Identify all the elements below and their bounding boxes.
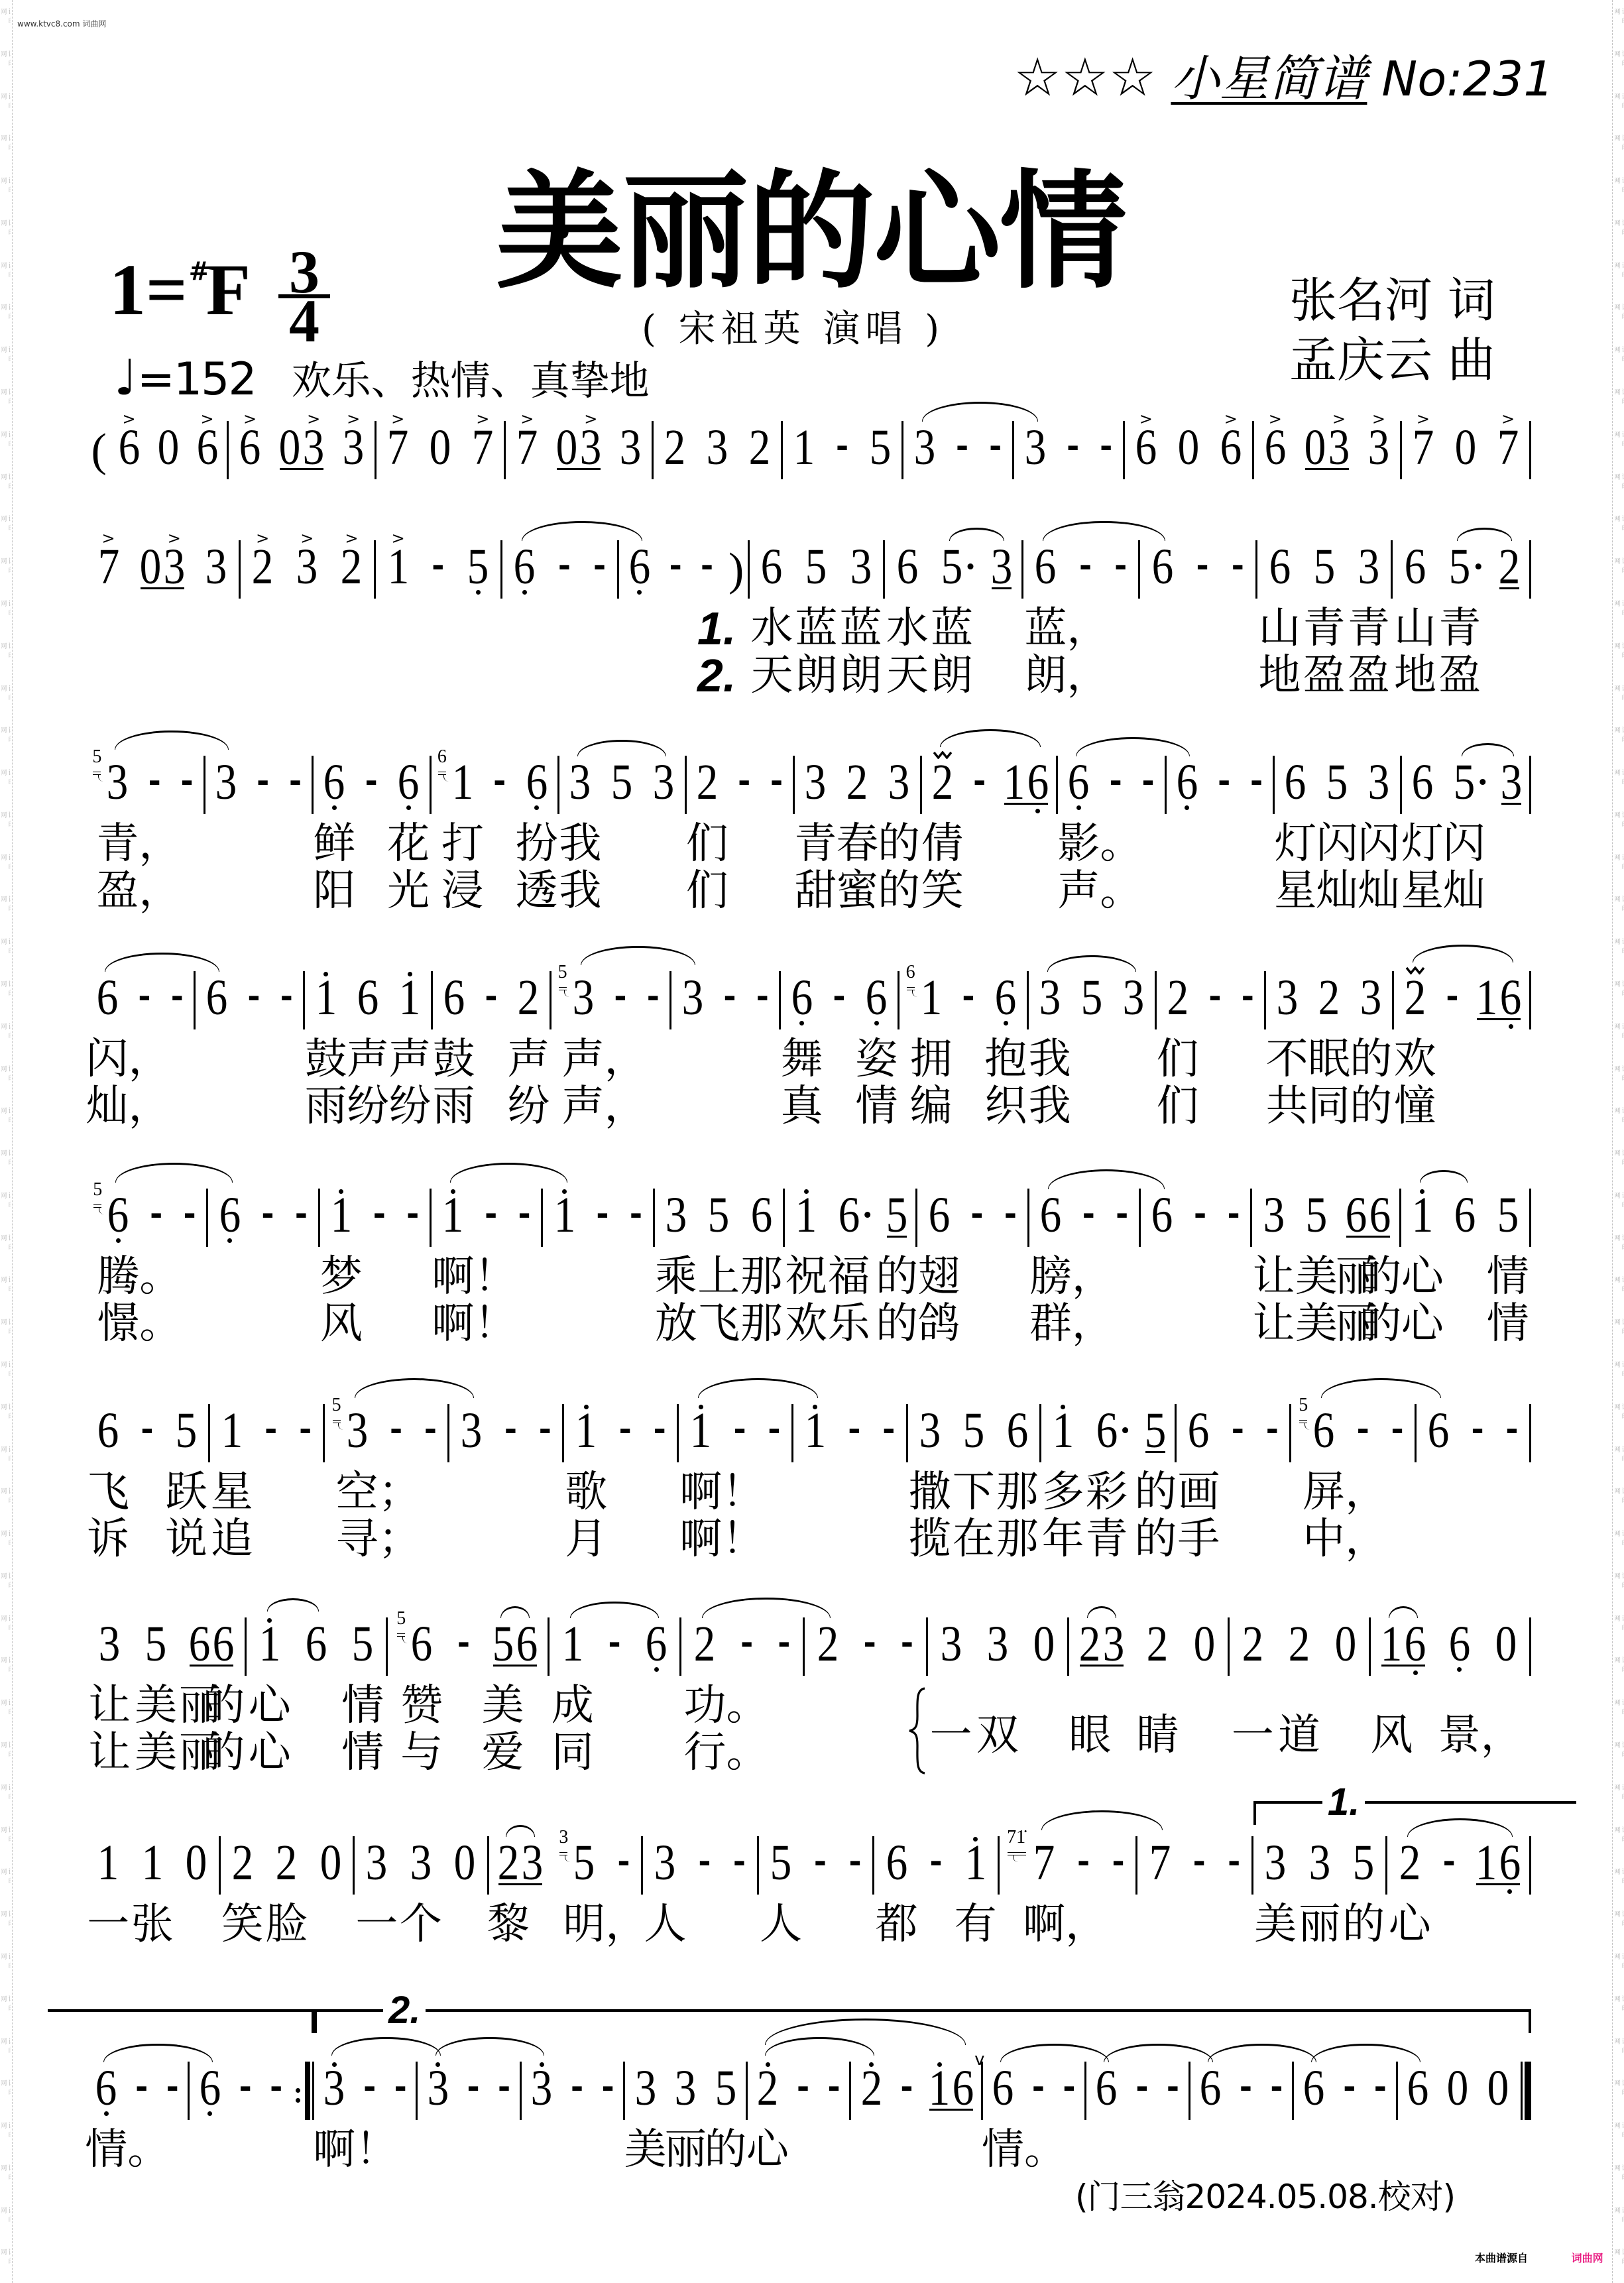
note: 3美: [1261, 1836, 1290, 1895]
note-digit: 6: [1285, 757, 1306, 814]
measure: 1风66景，0: [1371, 1617, 1531, 1676]
note-head: 6姿情: [862, 971, 891, 1029]
dash-sustain: -: [833, 421, 852, 479]
dash-sustain: -: [767, 756, 787, 814]
slur-arc: [940, 729, 1041, 747]
note-head: 5: [463, 540, 493, 599]
note-head: 3啊！: [319, 2062, 349, 2120]
note: 1: [1474, 1836, 1498, 1895]
measure-notes: 3让让5美美6丽丽6的的: [86, 1617, 245, 1676]
dash-sustain: -: [1370, 2062, 1390, 2120]
lyric-syllable: 双: [976, 1714, 1019, 1757]
dash-sustain: -: [261, 1404, 281, 1462]
dash-symbol: -: [1218, 761, 1230, 798]
accent-mark: >: [345, 530, 358, 546]
measure-notes: 61.2.水天5蓝朗3蓝朗: [750, 540, 884, 599]
accent-mark: >: [102, 530, 115, 546]
side-watermark-text: 词曲网: [1615, 2079, 1624, 2105]
lyric-syllable: 欢: [1394, 1038, 1436, 1081]
grace-note-digits: 6: [906, 963, 915, 982]
dash-sustain: -: [650, 1404, 669, 1462]
note-digit: 2: [817, 1619, 839, 1676]
note-head: 3空；寻；: [343, 1404, 372, 1462]
grace-note: 6: [437, 756, 448, 814]
dash-symbol: -: [701, 546, 713, 583]
note: 3>: [579, 421, 603, 479]
brace-icon: [906, 1687, 927, 1775]
dash-symbol: -: [1443, 1842, 1456, 1879]
slur-arc: [1047, 955, 1137, 972]
dash-symbol: -: [1142, 761, 1155, 798]
note-digit: 3: [531, 2063, 553, 2120]
accent-mark: >: [256, 530, 269, 546]
low-octave-dot: [654, 1667, 659, 1672]
note-digit: 2: [1399, 1838, 1421, 1895]
lyric-syllable: 翅: [918, 1256, 960, 1298]
lyric-syllable: 地: [1394, 654, 1436, 697]
note-digit: 6: [1151, 1190, 1173, 1247]
note-head: 6赞与: [407, 1617, 436, 1676]
note-digit: 6: [97, 1405, 119, 1462]
dash-symbol: -: [699, 1842, 711, 1879]
note: 5情情: [1493, 1189, 1523, 1247]
note: 2心: [753, 2062, 782, 2120]
measure-notes: 7>03>3: [506, 421, 652, 479]
note-head: 7>: [383, 421, 412, 479]
note-head: 0: [1029, 1617, 1059, 1676]
performer-credit: ( 宋祖英 演唱 ): [642, 306, 945, 353]
measure-notes: 2-16v: [851, 2062, 980, 2120]
measure-notes: 2功。行。--: [681, 1617, 803, 1676]
note: 6景，: [1445, 1617, 1474, 1676]
rest: 0: [154, 421, 183, 479]
high-octave-dot: [804, 1189, 809, 1194]
note-head: 7>: [1409, 421, 1438, 479]
high-octave-dot: [766, 2062, 770, 2067]
dash-symbol: -: [882, 1409, 895, 1446]
side-watermark-text: 词曲网: [1, 1826, 11, 1851]
measure: 6灯星5闪灿·3: [1402, 756, 1532, 814]
dash-symbol: -: [139, 976, 151, 1014]
lyric-syllable: 揽: [909, 1518, 951, 1560]
measure-notes: 1啊！啊！--: [432, 1189, 541, 1247]
dash-sustain: -: [734, 756, 754, 814]
measure-notes: 3--: [418, 2062, 519, 2120]
lyric-syllable: 们: [1157, 1038, 1199, 1081]
lyric-syllable: 飞: [697, 1303, 740, 1345]
dash-symbol: -: [365, 761, 378, 798]
dash-symbol: -: [733, 1842, 746, 1879]
note-digit: 3: [215, 757, 237, 814]
lyric-syllable: 朗，: [1024, 654, 1109, 697]
note-digit: 1: [553, 1190, 575, 1247]
dash-sustain: -: [845, 1836, 865, 1895]
note-head: 3: [678, 971, 707, 1029]
note-head: 6: [1403, 1617, 1427, 1676]
dash-sustain: -: [926, 1836, 946, 1895]
low-octave-dot: [476, 590, 481, 595]
dash-symbol: -: [1032, 2067, 1045, 2104]
side-watermark-text: 词曲网: [1615, 1995, 1624, 2020]
lyric-syllable: 青: [1303, 607, 1346, 650]
rest: 0: [555, 421, 579, 479]
high-octave-dot: [937, 2062, 942, 2067]
measure-notes: 1-5: [783, 421, 901, 479]
lyric-syllable: 的: [202, 1684, 245, 1727]
note-digit: 5: [1497, 1190, 1519, 1247]
note-digit: 2: [1167, 972, 1189, 1029]
underlined-note-group: 5美爱6: [491, 1617, 539, 1676]
side-watermark-text: 词曲网: [1615, 642, 1624, 668]
note-digit: 6: [1152, 542, 1174, 599]
note: 3: [1021, 421, 1050, 479]
note-digit: 6: [1428, 1405, 1450, 1462]
dash-symbol: -: [630, 1194, 642, 1231]
note: 1梦风: [327, 1189, 356, 1247]
dash-sustain: -: [1267, 2062, 1287, 2120]
note: 1星追: [217, 1404, 247, 1462]
measure-notes: 6--: [1294, 2062, 1395, 2120]
rest: 0: [1331, 1617, 1360, 1676]
lyric-syllable: 星: [1401, 870, 1444, 912]
measure: 2-16v: [851, 2062, 982, 2120]
rest: 0: [316, 1836, 345, 1895]
note-head: 6: [1450, 1189, 1479, 1247]
lyric-syllable: 朗: [931, 654, 973, 697]
note: 6: [1148, 540, 1177, 599]
lyric-syllable: 那: [740, 1256, 783, 1298]
measure-notes: 2欢憧-16: [1394, 971, 1529, 1029]
note-head: 0: [1443, 2062, 1472, 2120]
note: 61打浸: [437, 756, 477, 814]
lyric-syllable: 同: [551, 1731, 594, 1774]
side-watermark-text: 词曲网: [1615, 50, 1624, 76]
lyric-syllable: 编: [910, 1085, 953, 1128]
measure: 61.2.水天5蓝朗3蓝朗: [750, 540, 886, 599]
note-digit: 6: [189, 1619, 211, 1676]
note: 3: [202, 540, 231, 599]
dash-sustain: -: [1247, 756, 1267, 814]
note-digit: 3: [940, 1619, 962, 1676]
lyric-syllable: 的: [705, 2129, 747, 2171]
measure-notes: 3人--: [643, 1836, 757, 1895]
measure: 232: [654, 421, 783, 479]
lyric-syllable: 张: [131, 1903, 174, 1946]
note: 2欢憧: [1401, 971, 1430, 1029]
measure: 6--: [1086, 2062, 1190, 2120]
underlined-note-group: 16: [1475, 971, 1523, 1029]
note-head: 1: [1002, 756, 1026, 814]
note-digit: 3: [427, 2063, 449, 2120]
grace-note-digits: 5: [93, 1181, 102, 1199]
note-digit: 6: [205, 972, 227, 1029]
note-head: 5的: [711, 2062, 740, 2120]
dash-sustain: -: [390, 2062, 410, 2120]
note: 7>: [1409, 421, 1438, 479]
note-head: 6: [625, 540, 654, 599]
expression-marking: 欢乐、热情、真挚地: [292, 355, 650, 408]
note-digit: 5: [1449, 542, 1471, 599]
lyric-syllable: 星: [211, 1471, 253, 1513]
note-digit: 5: [352, 1619, 374, 1676]
measure: 2心--: [748, 2062, 851, 2120]
dash-sustain: -: [879, 1404, 899, 1462]
dash-symbol: -: [597, 1194, 609, 1231]
lyric-syllable: 蓝: [840, 607, 882, 650]
slur-arc: [115, 731, 229, 750]
note-head: 3: [1102, 1617, 1126, 1676]
note: 6那那: [747, 1189, 776, 1247]
note: 6舞真: [787, 971, 817, 1029]
note-head: 6: [1424, 1404, 1453, 1462]
note-head: 6腾。憬。: [103, 1189, 133, 1247]
note-head: 2欢憧: [1401, 971, 1430, 1029]
lyric-syllable: 乐: [828, 1303, 870, 1345]
note-digit: 6: [411, 1619, 433, 1676]
measure-notes: 6闪，灿，--: [86, 971, 194, 1029]
side-watermark-text: 词曲网: [1, 1361, 11, 1386]
note-digit: 3: [919, 1405, 941, 1462]
note-digit: 6: [516, 1619, 538, 1676]
note-head: 6>: [1131, 421, 1161, 479]
note: 5的的: [1143, 1404, 1167, 1462]
grace-beam-lines: [333, 1420, 341, 1423]
note-head: 6: [1196, 2062, 1225, 2120]
note-digit: 5: [869, 422, 891, 479]
note-digit: 3: [343, 422, 365, 479]
note-digit: 1: [920, 972, 942, 1029]
rest: 0: [278, 421, 302, 479]
lyric-syllable: 的: [1359, 1303, 1401, 1345]
measure-notes: 6山地5青盈·2: [1393, 540, 1529, 599]
side-watermark-text: 词曲网: [1615, 2207, 1624, 2232]
lyric-syllable: 美: [1295, 1256, 1338, 1298]
high-octave-dot: [562, 1189, 567, 1194]
side-watermark-text: 词曲网: [1, 1741, 11, 1767]
note-digit: 0: [1495, 1619, 1517, 1676]
dash-symbol: -: [493, 761, 506, 798]
dash-symbol: -: [270, 2067, 282, 2104]
high-octave-dot: [973, 1837, 978, 1842]
measure-notes: 6山地5青盈3青盈: [1257, 540, 1391, 599]
dash-symbol: -: [257, 761, 269, 798]
dash-sustain: -: [403, 1189, 423, 1247]
dash-symbol: -: [432, 546, 445, 583]
measure-notes: 1梦风--: [320, 1189, 430, 1247]
note-head: 0: [1303, 421, 1327, 479]
note-digit: 6: [1096, 1405, 1118, 1462]
note: 6画手: [1184, 1404, 1213, 1462]
footer-source-label: 本曲谱源自: [1475, 2252, 1528, 2264]
side-watermark-text: 词曲网: [1, 811, 11, 837]
low-octave-dot: [227, 1238, 232, 1243]
grace-note: 5: [558, 971, 569, 1029]
dash-sustain: -: [737, 1617, 757, 1676]
dash-sustain: -: [958, 971, 978, 1029]
dash-symbol: -: [485, 1194, 497, 1231]
slur-arc: [1389, 1606, 1418, 1618]
note: 1: [927, 2062, 951, 2120]
note: 3: [678, 971, 707, 1029]
lyric-syllable: 的: [878, 870, 920, 912]
note-head: 6: [1147, 1189, 1177, 1247]
dash-sustain: -: [614, 1836, 634, 1895]
lyric-syllable: 的: [876, 1303, 918, 1345]
measure: 3不共2眠同3的的: [1266, 971, 1394, 1029]
barline: [1529, 540, 1531, 599]
measure-notes: 3--: [522, 2062, 623, 2120]
lyric-syllable: 阳: [313, 870, 355, 912]
note: 1: [789, 421, 819, 479]
measure: 56屏，中，--: [1291, 1404, 1417, 1462]
side-watermark-text: 词曲网: [1615, 896, 1624, 921]
measure-notes: 3青甜2春蜜3的的: [795, 756, 920, 814]
note-head: 5美美: [1302, 1189, 1331, 1247]
note-head: 5: [607, 756, 636, 814]
note-digit: 3: [805, 757, 827, 814]
measure: 1梦风--: [320, 1189, 432, 1247]
lyric-syllable: 一: [87, 1903, 129, 1946]
grace-note: 71̇: [1007, 1836, 1029, 1895]
note: 3个: [406, 1836, 435, 1895]
note: 3丽: [671, 2062, 700, 2120]
measure: 2欢憧-16: [1394, 971, 1531, 1029]
lyric-syllable: 情。: [85, 2129, 170, 2171]
dash-symbol: -: [828, 2067, 841, 2104]
underlined-note-group: 03>: [555, 421, 603, 479]
dash-sustain: -: [986, 421, 1006, 479]
slur-arc: [581, 946, 695, 965]
note-head: 7>: [1493, 421, 1523, 479]
note: 1张: [138, 1836, 167, 1895]
lyric-syllable: 盈: [1348, 654, 1390, 697]
underlined-note-group: 2: [1497, 540, 1521, 599]
note-digit: 3: [1360, 972, 1382, 1029]
lyric-syllable: 我: [1029, 1038, 1071, 1081]
measure-notes: 5人--: [759, 1836, 873, 1895]
parenthesis: (: [91, 428, 105, 474]
music-line: 6情。--6--3啊！--3--3--3美3丽5的2心--2-16v6情。--6…: [86, 2062, 1531, 2120]
note-head: 2心: [1395, 1836, 1424, 1895]
note-head: 5上飞: [704, 1189, 733, 1247]
lyric-syllable: 声: [347, 1038, 389, 1081]
side-watermark-text: 词曲网: [1, 1107, 11, 1132]
measure-notes: 6--: [502, 540, 618, 599]
note-digit: 0: [319, 1838, 341, 1895]
dash-symbol: -: [171, 976, 184, 1014]
lyric-syllable: 丽: [664, 2129, 707, 2171]
music-line: 7>03>32>3>2>1>-56--6--)61.2.水天5蓝朗3蓝朗6水天5…: [86, 540, 1531, 599]
note: 1有: [961, 1836, 990, 1895]
measure: (6>06>: [86, 421, 229, 479]
lyric-syllable: 腾。: [97, 1256, 182, 1298]
note-head: 2功。行。: [690, 1617, 719, 1676]
note-digit: 6: [1200, 2063, 1222, 2120]
note: 1歌月: [571, 1404, 601, 1462]
note-digit: 2: [1242, 1619, 1264, 1676]
lyric-syllable: 一: [355, 1903, 398, 1946]
dash-symbol: -: [467, 2067, 480, 2104]
note-head: 1风: [1379, 1617, 1403, 1676]
note: 6水天: [893, 540, 922, 599]
note-digit: 6: [196, 422, 218, 479]
lyric-syllable: 福: [828, 1256, 870, 1298]
dash-sustain: -: [266, 2062, 286, 2120]
measure-notes: 6--: [1141, 1189, 1250, 1247]
augmentation-dot: ·: [1474, 542, 1482, 592]
side-watermark-text: 词曲网: [1, 1699, 11, 1724]
note-head: 2: [813, 1617, 842, 1676]
dash-sustain: -: [953, 421, 972, 479]
grace-note: 5: [1299, 1404, 1309, 1462]
measure-notes: 6>06>: [1125, 421, 1252, 479]
note-head: 2春蜜: [842, 756, 872, 814]
measure: 6--: [502, 540, 620, 599]
measure: 2功。行。--: [681, 1617, 805, 1676]
lyric-syllable: 行。: [683, 1731, 768, 1774]
side-watermark-text: 词曲网: [1615, 938, 1624, 963]
note-digit: 5: [770, 1838, 792, 1895]
lyric-syllable: 扮: [516, 823, 558, 865]
dash-symbol: -: [1240, 2067, 1252, 2104]
dash-sustain: -: [135, 971, 154, 1029]
high-octave-dot: [451, 1189, 455, 1194]
note-head: 3: [520, 1836, 544, 1895]
lyric-syllable: 寻；: [336, 1518, 421, 1560]
note: 3双: [983, 1617, 1012, 1676]
dash-sustain: -: [1205, 971, 1225, 1029]
note: 3闪灿: [1364, 756, 1393, 814]
note-digit: 5: [1326, 757, 1348, 814]
note: 5美爱: [491, 1617, 515, 1676]
dash-symbol: -: [836, 426, 848, 463]
lyric-syllable: 纷: [388, 1085, 431, 1128]
music-line: 1一1张02笑2脸03一3个02黎335明，-3人--5人--6都-1有71̇7…: [86, 1836, 1531, 1895]
underlined-note-group: 16: [1002, 756, 1050, 814]
measure-notes: 6蓝，朗，--: [1023, 540, 1139, 599]
lyric-syllable: 心: [249, 1684, 291, 1727]
note: 2: [857, 2062, 886, 2120]
lyric-syllable: 情: [1487, 1256, 1529, 1298]
note-head: 3青盈: [1354, 540, 1383, 599]
site-watermark: www.ktvc8.com 词曲网: [17, 19, 106, 29]
note-digit: 2: [1499, 542, 1521, 599]
note-digit: 7: [472, 422, 494, 479]
note-head: 6舞真: [787, 971, 817, 1029]
rest: 0: [1029, 1617, 1059, 1676]
note: 1啊！啊！: [438, 1189, 467, 1247]
dash-symbol: -: [738, 761, 750, 798]
dash-sustain: -: [824, 2062, 844, 2120]
note-digit: 2: [846, 757, 868, 814]
lyric-syllable: 群，: [1029, 1303, 1114, 1345]
note: 2春蜜: [842, 756, 872, 814]
note-digit: 6: [357, 972, 379, 1029]
note-head: 6: [196, 2062, 225, 2120]
dash-symbol: -: [770, 761, 783, 798]
note-digit: 0: [556, 422, 578, 479]
note: 2眠同: [1314, 971, 1344, 1029]
note: 7>: [512, 421, 542, 479]
lyric-syllable: 们: [1157, 1085, 1199, 1128]
note-digit: 1: [1476, 972, 1498, 1029]
measure-notes: 600: [1398, 2062, 1518, 2120]
note-digit: 3: [850, 542, 872, 599]
measure: 6蓝，朗，--: [1023, 540, 1141, 599]
grace-beam-lines: [559, 987, 567, 990]
lyric-syllable: 成: [551, 1684, 594, 1727]
accent-mark: >: [584, 411, 597, 427]
